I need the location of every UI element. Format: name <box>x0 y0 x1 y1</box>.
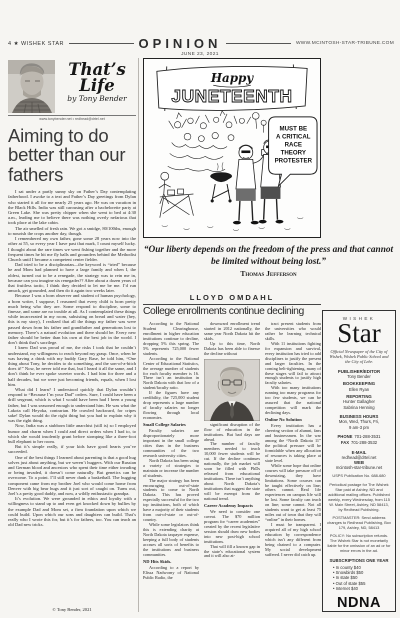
business-hours: BUSINESS HOURS Mon, Wed, Thurs, Fri, 9 a… <box>327 414 391 430</box>
omdahl-column-3: tract present students from the universi… <box>265 322 321 612</box>
omdahl-column-2-bottom: significant disruption of the flow of ed… <box>204 423 260 560</box>
omdahl-column-2: downward enrollment trend started in 201… <box>204 322 260 612</box>
paragraph: While some hope that online courses will… <box>265 464 321 523</box>
paragraph: I must be transparent. I acquired all of… <box>265 523 321 558</box>
web-address: mcintosh-star-tribune.net <box>327 465 391 470</box>
quote-attribution: Thomas Jefferson <box>143 269 394 278</box>
paragraph: The air smelled of fresh rain. We got a … <box>8 226 136 236</box>
paragraph: While some legislators think this is ext… <box>143 523 199 558</box>
bubble-line-2: A CRITICAL <box>276 134 311 141</box>
paragraph: Now, India was a stubborn little anarchi… <box>8 423 136 444</box>
issue-date: JUNE 23, 2021 <box>0 52 400 57</box>
omdahl-article-columns: According to the National Student Cleari… <box>143 322 321 612</box>
paragraph: According to a report by Elissa Nadworny… <box>143 566 199 581</box>
left-article-headline: Aiming to do better than our fathers <box>8 126 136 184</box>
email-web: E-MAIL redhead@drtel.net WEB mcintosh-st… <box>327 450 391 479</box>
thats-life-column: That’s Life by Tony Bender www.tonybende… <box>8 60 136 612</box>
subscriptions: SUBSCRIPTIONS ONE YEAR • In county $40• … <box>327 558 391 592</box>
copyright-line: © Tony Bender, 2021 <box>8 607 136 612</box>
bubble-line-4: THEORY <box>281 149 306 156</box>
section-title: OPINION <box>139 36 222 51</box>
thats-life-masthead: That’s Life by Tony Bender <box>8 60 136 113</box>
quote-text: “Our liberty depends on the freedom of t… <box>143 244 394 268</box>
lloyd-omdahl-photo <box>204 359 260 421</box>
bubble-line-3: RACE <box>285 142 302 149</box>
header-rule-left <box>69 43 134 44</box>
subheading: ND Hits Skids. <box>143 560 199 565</box>
paragraph: That will fill a known gap in the state’… <box>204 545 260 560</box>
paragraph: significant disruption of the flow of ed… <box>204 423 260 443</box>
cartoon-drawing: Happy JUNETEENTH <box>144 59 320 237</box>
fax-label: FAX <box>341 440 349 446</box>
business-hours-time: 9 am-3 pm <box>327 425 391 430</box>
paragraph: downward enrollment trend started in 201… <box>204 322 260 342</box>
paragraph: Tony Bender <box>327 374 391 379</box>
banner-text-happy: Happy <box>210 71 254 85</box>
paragraph: tract present students from the universi… <box>265 322 321 342</box>
omdahl-column-2-top: downward enrollment trend started in 201… <box>204 322 260 357</box>
tony-bender-photo <box>8 60 55 113</box>
usps-number: USPS Publication No. 688-680 <box>327 473 391 478</box>
omdahl-column-1: According to the National Student Cleari… <box>143 322 199 612</box>
paragraph: With 11 institutions fighting for expans… <box>265 342 321 387</box>
paragraph: Because I was a born observer and studen… <box>8 293 136 345</box>
paragraph: I knew Dad was proud of me, the risks I … <box>8 345 136 387</box>
column-byline: by Tony Bender <box>58 94 136 103</box>
column-title-line2: Life <box>58 78 136 94</box>
banner-text-juneteenth: JUNETEENTH <box>171 86 292 106</box>
paragraph: It’s evolution. We were grounded in ethi… <box>8 496 136 527</box>
fax-number: 701-288-3532 <box>351 440 377 446</box>
masthead-info-box: WISHEK Star Official Newspaper of the Ci… <box>322 310 396 612</box>
editorial-cartoon: Happy JUNETEENTH <box>143 58 321 238</box>
masthead-star: Star <box>327 321 391 347</box>
paragraph: With too many institutions running too m… <box>265 386 321 416</box>
column-divider <box>138 58 139 612</box>
postage-note: Periodical postage for The Wishek Star p… <box>327 482 391 512</box>
paragraph: The major strategy has been encouraging … <box>143 479 199 524</box>
paragraph: We need to consider one caveat. The $70 … <box>204 510 260 545</box>
paragraph: Every institution has a cheering section… <box>265 424 321 464</box>
thats-life-title-block: That’s Life by Tony Bender <box>58 60 136 103</box>
bubble-line-1: MUST BE <box>280 126 308 133</box>
author-contact-line: www.tonybender.net • redhead@drtel.net <box>8 115 136 121</box>
ndna-logo-text: NDNA <box>327 596 391 611</box>
policy-note: POLICY: No subscription refunds. The Wis… <box>327 533 391 553</box>
paragraph: The number of faculty members needed to … <box>204 442 260 501</box>
header-rule-right <box>226 43 291 44</box>
omdahl-headline: College enrollments continue declining <box>143 306 321 317</box>
bubble-line-5: PROTESTER <box>275 157 313 164</box>
paragraph: Up to this time, North Dakota has been a… <box>204 342 260 357</box>
paragraph: One of the best things I learned about p… <box>8 455 136 497</box>
paragraph: Faculty salaries are disproportionately … <box>143 429 199 459</box>
staff-list: PUBLISHER/EDITORTony BenderBOOKKEEPINGEl… <box>327 369 391 411</box>
subscription-rates: • In county $40• Snowbirds $50• In state… <box>327 565 391 592</box>
paragraph: According to the National Center of Educ… <box>143 357 199 392</box>
paragraph: What did I learn? I understood quickly t… <box>8 387 136 423</box>
paragraph: I sat under a partly sunny sky on Father… <box>8 189 136 225</box>
paragraph: According to the National Student Cleari… <box>143 322 199 357</box>
paragraph: If the figures have any credibility, the… <box>143 391 199 421</box>
newspaper-page: 4 ★ WISHEK STAR OPINION WWW.MCINTOSH-STA… <box>0 0 400 618</box>
paragraph: Ellen Ryan <box>327 387 391 392</box>
left-article-body: I sat under a partly sunny sky on Father… <box>8 189 136 605</box>
paragraph: North Dakota has been using a variety of… <box>143 459 199 479</box>
postmaster-note: POSTMASTER: Send address changes to Redh… <box>327 515 391 530</box>
paragraph: I remembered my own father, gone some 28… <box>8 236 136 262</box>
official-newspaper-note: Official Newspaper of the City of Wishek… <box>327 349 391 365</box>
page-number-paper-name: 4 ★ WISHEK STAR <box>8 41 64 47</box>
paragraph: • Internet $40 <box>333 586 391 591</box>
jefferson-quote: “Our liberty depends on the freedom of t… <box>143 244 394 278</box>
ndna-logo: NDNA NORTH DAKOTA NEWSPAPER ASSOCIATION <box>327 596 391 612</box>
phone-fax: PHONE701-288-3531 FAX701-288-3532 <box>327 434 391 445</box>
paragraph: But it’s simple really, if your kids hav… <box>8 444 136 454</box>
paragraph: Dad tried to be a disciplinarian—the key… <box>8 262 136 293</box>
omdahl-author-name: LLOYD OMDAHL <box>143 293 321 305</box>
subscriptions-label: SUBSCRIPTIONS ONE YEAR <box>327 558 391 563</box>
paragraph: Sabrina Henning <box>327 405 391 410</box>
page-header: 4 ★ WISHEK STAR OPINION WWW.MCINTOSH-STA… <box>8 36 394 51</box>
ndna-logo-subtext: NORTH DAKOTA NEWSPAPER ASSOCIATION <box>327 611 391 612</box>
website-url: WWW.MCINTOSH-STAR-TRIBUNE.COM <box>296 41 394 46</box>
